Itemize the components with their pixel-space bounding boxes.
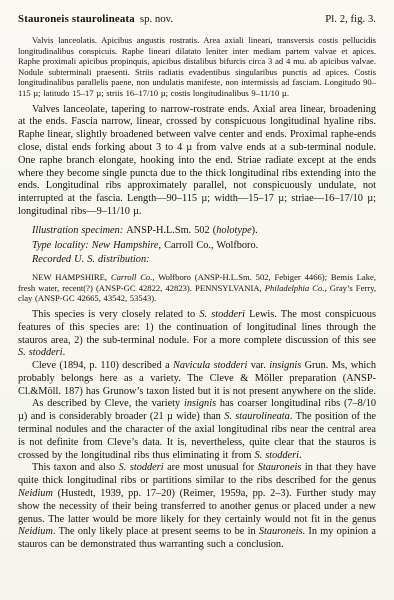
recorded-distribution-line: Recorded U. S. distribution:: [18, 254, 376, 267]
english-description: Valves lanceolate, tapering to narrow-ro…: [18, 104, 376, 219]
type-locality-line: Type locality: New Hampshire, Carroll Co…: [18, 240, 376, 253]
species-heading: Stauroneis staurolineata sp. nov. Pl. 2,…: [18, 13, 376, 26]
species-name: Stauroneis staurolineata: [18, 13, 135, 26]
plate-figure-reference: Pl. 2, fig. 3.: [325, 13, 376, 26]
latin-diagnosis: Valvis lanceolatis. Apicibus angustis ro…: [18, 35, 376, 99]
illustration-specimen-line: Illustration specimen: ANSP-H.L.Sm. 502 …: [18, 225, 376, 238]
discussion-paragraph-4: This taxon and also S. stodderi are most…: [18, 462, 376, 552]
discussion-paragraph-1: This species is very closely related to …: [18, 309, 376, 360]
discussion-paragraph-2: Cleve (1894, p. 110) described a Navicul…: [18, 360, 376, 398]
us-distribution: NEW HAMPSHIRE, Carroll Co., Wolfboro (AN…: [18, 272, 376, 304]
discussion-paragraph-3: As described by Cleve, the variety insig…: [18, 398, 376, 462]
book-page: Stauroneis staurolineata sp. nov. Pl. 2,…: [0, 0, 394, 600]
document-body: Valvis lanceolatis. Apicibus angustis ro…: [18, 35, 376, 552]
species-rank: sp. nov.: [140, 13, 173, 26]
